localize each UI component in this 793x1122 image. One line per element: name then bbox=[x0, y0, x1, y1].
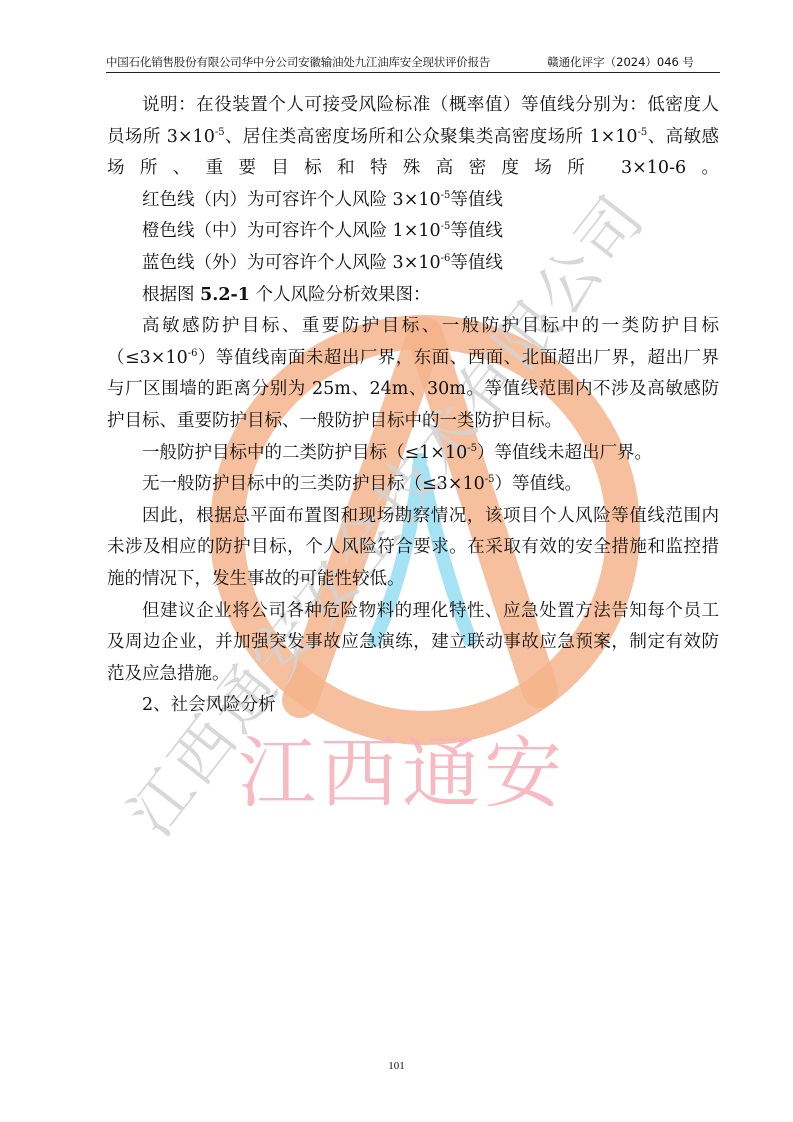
watermark-stamp-text: 江西通安 bbox=[238, 729, 566, 819]
section-heading-social-risk: 2、社会风险分析 bbox=[107, 690, 719, 722]
page-header: 中国石化销售股份有限公司华中分公司安徽输油处九江油库安全现状评价报告 赣通化评字… bbox=[106, 52, 720, 73]
paragraph-class1-targets: 高敏感防护目标、重要防护目标、一般防护目标中的一类防护目标（≤3×10-6）等值… bbox=[107, 311, 719, 437]
page-number: 101 bbox=[0, 1060, 793, 1072]
paragraph-recommendation: 但建议企业将公司各种危险物料的理化特性、应急处置方法告知每个员工及周边企业，并加… bbox=[107, 596, 719, 691]
report-number: 赣通化评字（2024）046 号 bbox=[547, 54, 720, 70]
paragraph-figure-reference: 根据图 5.2-1 个人风险分析效果图： bbox=[107, 280, 719, 312]
document-page: 中国石化销售股份有限公司华中分公司安徽输油处九江油库安全现状评价报告 赣通化评字… bbox=[0, 0, 793, 1122]
paragraph-class3-targets: 无一般防护目标中的三类防护目标（≤3×10-5）等值线。 bbox=[107, 469, 719, 501]
paragraph-conclusion: 因此，根据总平面布置图和现场勘察情况，该项目个人风险等值线范围内未涉及相应的防护… bbox=[107, 501, 719, 596]
paragraph-orange-line: 橙色线（中）为可容许个人风险 1×10-5等值线 bbox=[107, 216, 719, 248]
paragraph-risk-standard: 说明：在役装置个人可接受风险标准（概率值）等值线分别为：低密度人员场所 3×10… bbox=[107, 90, 719, 185]
document-body: 说明：在役装置个人可接受风险标准（概率值）等值线分别为：低密度人员场所 3×10… bbox=[107, 90, 719, 722]
report-title: 中国石化销售股份有限公司华中分公司安徽输油处九江油库安全现状评价报告 bbox=[106, 54, 490, 70]
paragraph-blue-line: 蓝色线（外）为可容许个人风险 3×10-6等值线 bbox=[107, 248, 719, 280]
figure-number: 5.2-1 bbox=[200, 285, 250, 305]
paragraph-class2-targets: 一般防护目标中的二类防护目标（≤1×10-5）等值线未超出厂界。 bbox=[107, 438, 719, 470]
paragraph-red-line: 红色线（内）为可容许个人风险 3×10-5等值线 bbox=[107, 185, 719, 217]
